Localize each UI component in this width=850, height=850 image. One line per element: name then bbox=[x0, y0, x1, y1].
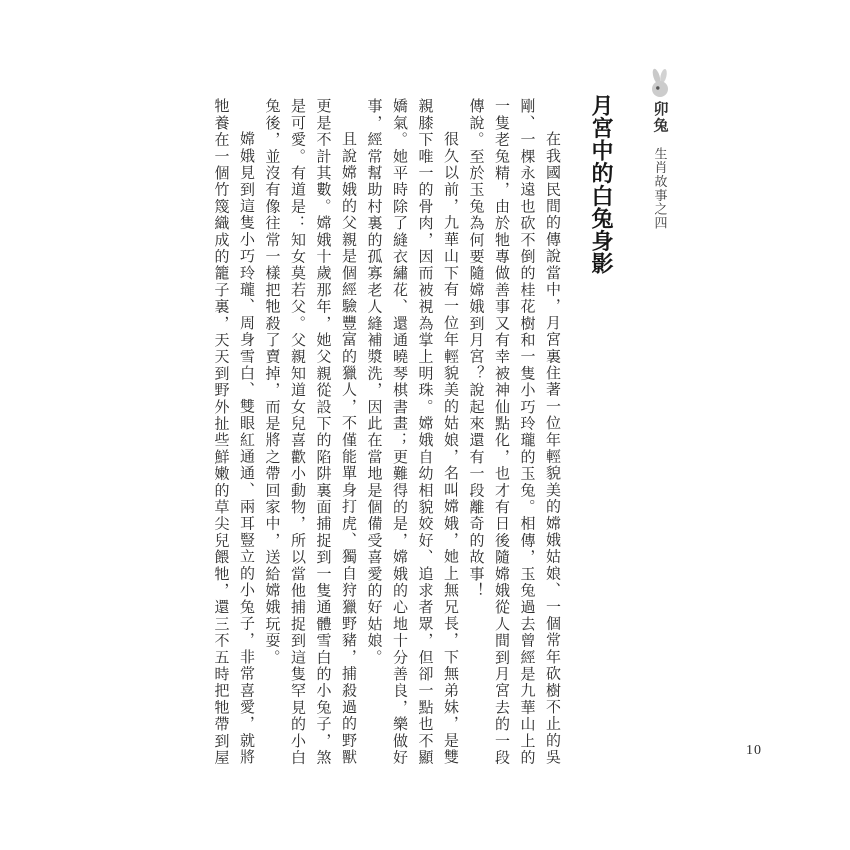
page-header: 卯兔 生肖故事之四 bbox=[642, 68, 678, 230]
text-column: 傳說。至於玉兔為何要隨嫦娥到月宮？說起來還有一段離奇的故事！ bbox=[462, 98, 488, 770]
text-column: 在我國民間的傳說當中，月宮裏住著一位年輕貌美的嫦娥姑娘、一個常年砍樹不止的吳 bbox=[539, 98, 565, 770]
text-column: 嫦娥見到這隻小巧玲瓏、周身雪白、雙眼紅通通、兩耳豎立的小兔子，非常喜愛，就將 bbox=[233, 98, 259, 770]
series-label: 生肖故事之四 bbox=[651, 147, 670, 230]
book-page: 卯兔 生肖故事之四 月宮中的白兔身影 在我國民間的傳說當中，月宮裏住著一位年輕貌… bbox=[0, 0, 850, 850]
chapter-title: 月宮中的白兔身影 bbox=[586, 94, 617, 275]
text-column: 是可愛。有道是：知女莫若父。父親知道女兒喜歡小動物，所以當他捕捉到這隻罕見的小白 bbox=[284, 98, 310, 770]
text-column: 且說嫦娥的父親是個經驗豐富的獵人，不僅能單身打虎、獨自狩獵野豬，捕殺過的野獸 bbox=[335, 98, 361, 770]
story-text: 在我國民間的傳說當中，月宮裏住著一位年輕貌美的嫦娥姑娘、一個常年砍樹不止的吳 剛… bbox=[207, 98, 564, 770]
page-number: 10 bbox=[746, 743, 762, 759]
text-column: 更是不計其數。嫦娥十歲那年，她父親從設下的陷阱裏面捕捉到一隻通體雪白的小兔子，煞 bbox=[309, 98, 335, 770]
zodiac-label: 卯兔 bbox=[650, 101, 671, 134]
text-column: 牠養在一個竹篾織成的籠子裏，天天到野外扯些鮮嫩的草尖兒餵牠，還三不五時把牠帶到屋 bbox=[207, 98, 233, 770]
text-column: 事，經常幫助村裏的孤寡老人縫補漿洗，因此在當地是個備受喜愛的好姑娘。 bbox=[360, 98, 386, 770]
text-column: 親膝下唯一的骨肉，因而被視為掌上明珠。嫦娥自幼相貌姣好、追求者眾，但卻一點也不顯 bbox=[411, 98, 437, 770]
text-column: 兔後，並沒有像往常一樣把牠殺了賣掉，而是將之帶回家中，送給嫦娥玩耍。 bbox=[258, 98, 284, 770]
rabbit-icon bbox=[646, 68, 674, 98]
text-column: 很久以前，九華山下有一位年輕貌美的姑娘，名叫嫦娥，她上無兄長，下無弟妹，是雙 bbox=[437, 98, 463, 770]
text-column: 一隻老兔精，由於牠專做善事又有幸被神仙點化，也才有日後隨嫦娥從人間到月宮去的一段 bbox=[488, 98, 514, 770]
text-column: 剛、一棵永遠也砍不倒的桂花樹和一隻小巧玲瓏的玉兔。相傳，玉兔過去曾經是九華山上的 bbox=[513, 98, 539, 770]
text-column: 嬌氣。她平時除了縫衣繡花、還通曉琴棋書畫；更難得的是，嫦娥的心地十分善良，樂做好 bbox=[386, 98, 412, 770]
